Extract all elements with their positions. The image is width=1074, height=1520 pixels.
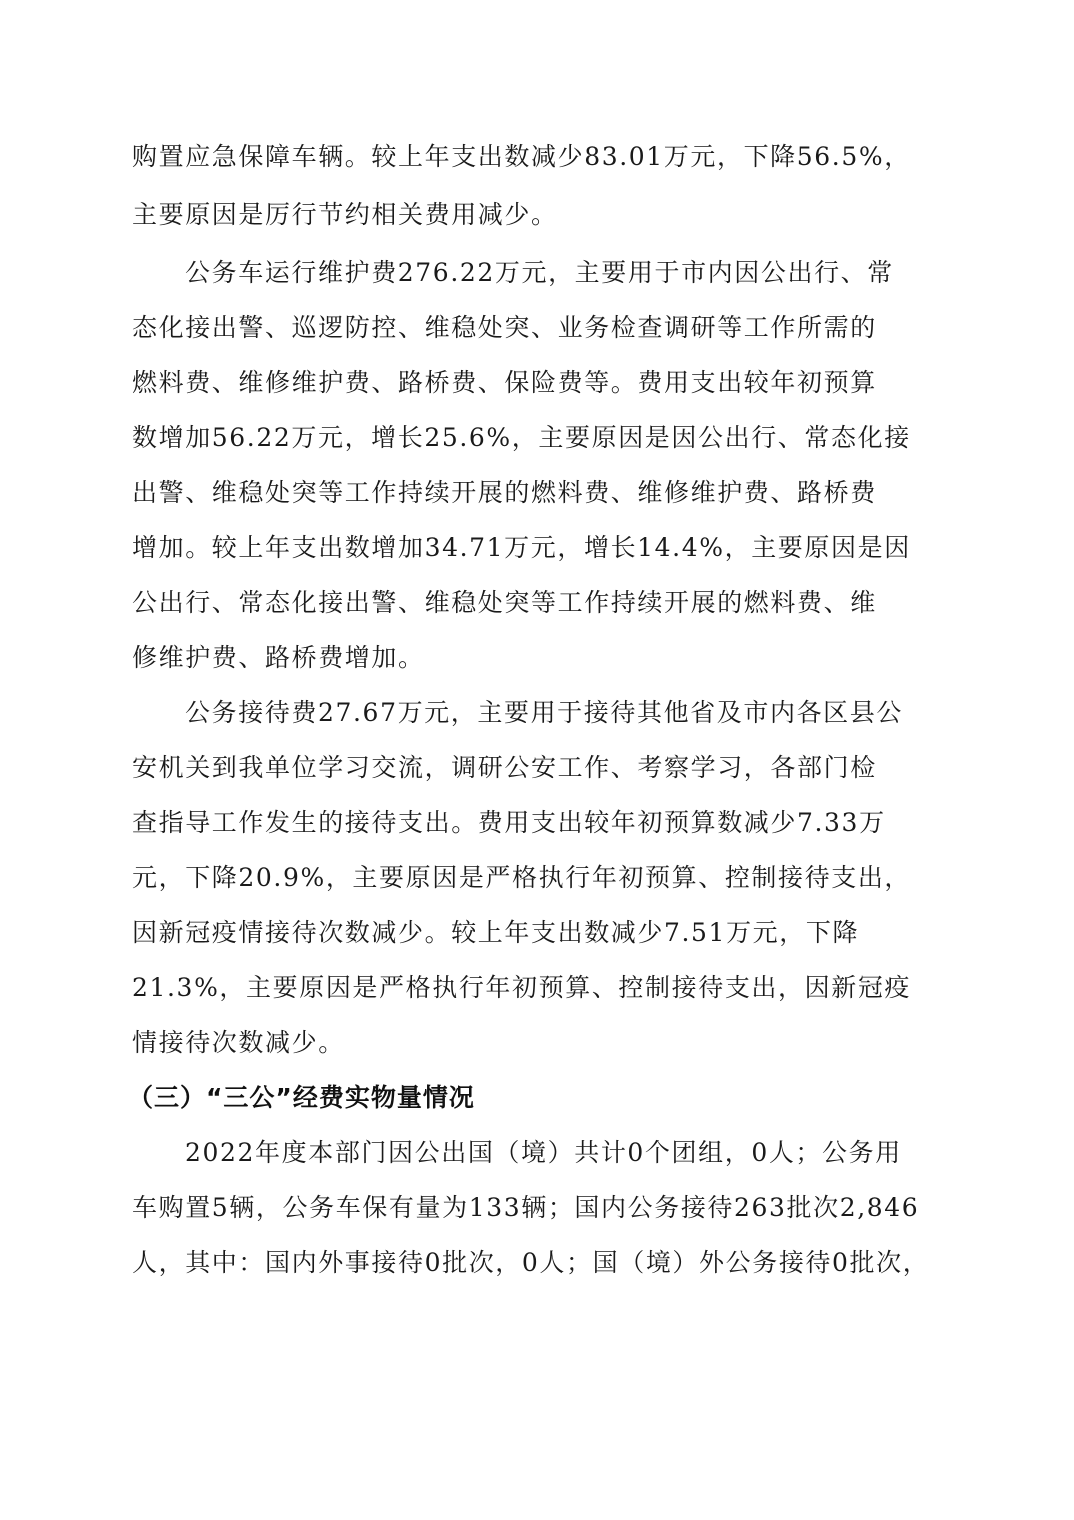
paragraph-line: 购置应急保障车辆。较上年支出数减少83.01万元，下降56.5%， (132, 137, 952, 177)
paragraph-line: 人，其中：国内外事接待0批次，0人；国（境）外公务接待0批次， (132, 1243, 952, 1283)
paragraph-line: 车购置5辆，公务车保有量为133辆；国内公务接待263批次2,846 (132, 1188, 952, 1228)
paragraph-line: 出警、维稳处突等工作持续开展的燃料费、维修维护费、路桥费 (132, 473, 952, 513)
paragraph-line: 2022年度本部门因公出国（境）共计0个团组，0人；公务用 (185, 1133, 1005, 1173)
paragraph-line: 增加。较上年支出数增加34.71万元，增长14.4%，主要原因是因 (132, 528, 952, 568)
document-page: 购置应急保障车辆。较上年支出数减少83.01万元，下降56.5%， 主要原因是厉… (0, 0, 1074, 1520)
paragraph-line: 公出行、常态化接出警、维稳处突等工作持续开展的燃料费、维 (132, 583, 952, 623)
paragraph-line: 燃料费、维修维护费、路桥费、保险费等。费用支出较年初预算 (132, 363, 952, 403)
paragraph-line: 因新冠疫情接待次数减少。较上年支出数减少7.51万元，下降 (132, 913, 952, 953)
paragraph-line: 公务车运行维护费276.22万元，主要用于市内因公出行、常 (185, 253, 1005, 293)
paragraph-line: 数增加56.22万元，增长25.6%，主要原因是因公出行、常态化接 (132, 418, 952, 458)
paragraph-line: 公务接待费27.67万元，主要用于接待其他省及市内各区县公 (185, 693, 1005, 733)
paragraph-line: 安机关到我单位学习交流，调研公安工作、考察学习，各部门检 (132, 748, 952, 788)
section-heading: （三）“三公”经费实物量情况 (128, 1078, 948, 1118)
paragraph-line: 元，下降20.9%，主要原因是严格执行年初预算、控制接待支出， (132, 858, 952, 898)
paragraph-line: 查指导工作发生的接待支出。费用支出较年初预算数减少7.33万 (132, 803, 952, 843)
paragraph-line: 修维护费、路桥费增加。 (132, 638, 952, 678)
paragraph-line: 21.3%，主要原因是严格执行年初预算、控制接待支出，因新冠疫 (132, 968, 952, 1008)
paragraph-line: 主要原因是厉行节约相关费用减少。 (132, 195, 952, 235)
paragraph-line: 态化接出警、巡逻防控、维稳处突、业务检查调研等工作所需的 (132, 308, 952, 348)
paragraph-line: 情接待次数减少。 (132, 1023, 952, 1063)
